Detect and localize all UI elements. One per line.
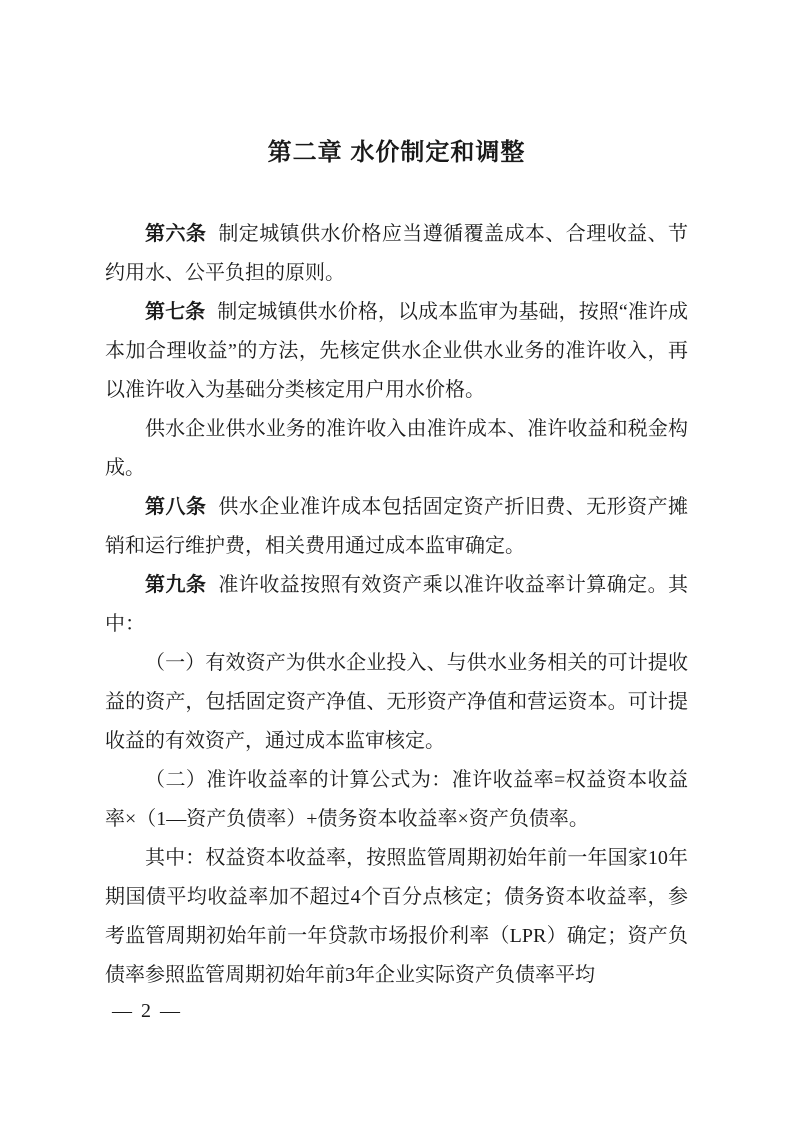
paragraph: 其中：权益资本收益率，按照监管周期初始年前一年国家10年期国债平均收益率加不超过… bbox=[105, 839, 688, 995]
paragraph: （一）有效资产为供水企业投入、与供水业务相关的可计提收益的资产，包括固定资产净值… bbox=[105, 644, 688, 761]
paragraph: 第八条供水企业准许成本包括固定资产折旧费、无形资产摊销和运行维护费，相关费用通过… bbox=[105, 488, 688, 566]
article-number: 第九条 bbox=[145, 574, 206, 596]
paragraph-text: 供水企业供水业务的准许收入由准许成本、准许收益和税金构成。 bbox=[105, 418, 688, 479]
document-body: 第六条制定城镇供水价格应当遵循覆盖成本、合理收益、节约用水、公平负担的原则。 第… bbox=[105, 215, 688, 995]
paragraph: （二）准许收益率的计算公式为：准许收益率=权益资本收益率×（1—资产负债率）+债… bbox=[105, 761, 688, 839]
paragraph: 第六条制定城镇供水价格应当遵循覆盖成本、合理收益、节约用水、公平负担的原则。 bbox=[105, 215, 688, 293]
chapter-title: 第二章 水价制定和调整 bbox=[0, 138, 793, 168]
article-number: 第七条 bbox=[145, 301, 205, 323]
paragraph-text: 其中：权益资本收益率，按照监管周期初始年前一年国家10年期国债平均收益率加不超过… bbox=[105, 847, 688, 986]
paragraph: 第九条准许收益按照有效资产乘以准许收益率计算确定。其中： bbox=[105, 566, 688, 644]
paragraph-text: （一）有效资产为供水企业投入、与供水业务相关的可计提收益的资产，包括固定资产净值… bbox=[105, 652, 688, 752]
paragraph: 供水企业供水业务的准许收入由准许成本、准许收益和税金构成。 bbox=[105, 410, 688, 488]
document-page: 第二章 水价制定和调整 第六条制定城镇供水价格应当遵循覆盖成本、合理收益、节约用… bbox=[0, 0, 793, 1122]
article-number: 第六条 bbox=[145, 223, 206, 245]
page-number: — 2 — bbox=[112, 998, 182, 1024]
article-number: 第八条 bbox=[145, 496, 206, 518]
paragraph: 第七条制定城镇供水价格，以成本监审为基础，按照“准许成本加合理收益”的方法，先核… bbox=[105, 293, 688, 410]
paragraph-text: （二）准许收益率的计算公式为：准许收益率=权益资本收益率×（1—资产负债率）+债… bbox=[105, 769, 688, 830]
